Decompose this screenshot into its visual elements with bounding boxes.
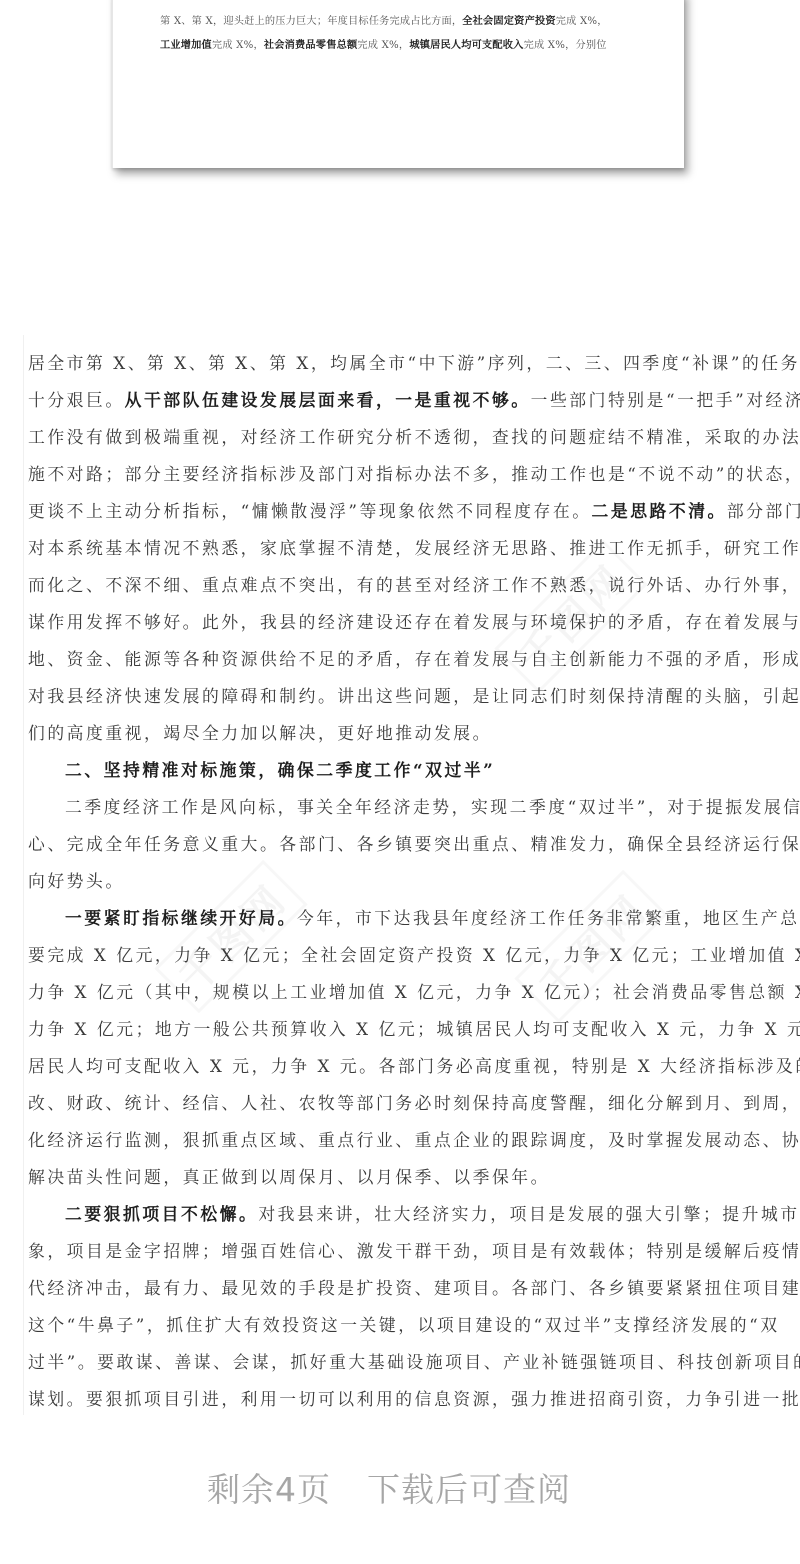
bold-lead-in: 从干部队伍建设发展层面来看，一是重视不够。 — [125, 390, 531, 410]
text-run: 部分部门 — [727, 501, 800, 521]
text-line: 要完成 X 亿元，力争 X 亿元；全社会固定资产投资 X 亿元，力争 X 亿元；… — [28, 937, 778, 974]
text-line: 居全市第 X、第 X、第 X、第 X，均属全市“中下游”序列，二、三、四季度“补… — [28, 345, 778, 382]
preview-text: 第 X、第 X，迎头赶上的压力巨大；年度目标任务完成占比方面， — [160, 16, 462, 27]
bold-lead-in: 二是思路不清。 — [592, 501, 727, 521]
remaining-pages-label: 剩余4页 — [207, 1470, 331, 1509]
preview-bold-text: 社会消费品零售总额 — [264, 39, 358, 51]
text-line: 力争 X 亿元（其中，规模以上工业增加值 X 亿元，力争 X 亿元）；社会消费品… — [28, 974, 778, 1011]
download-hint-label: 下载后可查阅 — [367, 1470, 571, 1509]
text-line: 一要紧盯指标继续开好局。今年，市下达我县年度经济工作任务非常繁重，地区生产总值 — [28, 900, 778, 937]
previous-page-preview: … 第 X、第 X，迎头赶上的压力巨大；年度目标任务完成占比方面，全社会固定资产… — [112, 0, 684, 168]
bold-lead-in: 一要紧盯指标继续开好局。 — [65, 908, 297, 928]
text-line: 二季度经济工作是风向标，事关全年经济走势，实现二季度“双过半”，对于提振发展信 — [28, 789, 778, 826]
text-line: 心、完成全年任务意义重大。各部门、各乡镇要突出重点、精准发力，确保全县经济运行保… — [28, 826, 778, 863]
preview-line: … — [160, 0, 170, 1]
preview-bold-text: 全社会固定资产投资 — [462, 15, 556, 27]
text-line: 代经济冲击，最有力、最见效的手段是扩投资、建项目。各部门、各乡镇要紧紧扭住项目建… — [28, 1270, 778, 1307]
text-line: 居民人均可支配收入 X 元，力争 X 元。各部门务必高度重视，特别是 X 大经济… — [28, 1048, 778, 1085]
preview-bold-text: 城镇居民人均可支配收入 — [409, 39, 523, 51]
preview-text: … — [160, 0, 170, 1]
preview-text: 完成 X%， — [357, 40, 409, 51]
preview-text: 完成 X%，分别位 — [524, 40, 607, 51]
text-line: 谋划。要狠抓项目引进，利用一切可以利用的信息资源，强力推进招商引资，力争引进一批… — [28, 1381, 778, 1418]
document-body: 居全市第 X、第 X、第 X、第 X，均属全市“中下游”序列，二、三、四季度“补… — [28, 345, 778, 1418]
text-line: 对本系统基本情况不熟悉，家底掌握不清楚，发展经济无思路、推进工作无抓手，研究工作… — [28, 530, 778, 567]
text-line: 谋作用发挥不够好。此外，我县的经济建设还存在着发展与环境保护的矛盾，存在着发展与… — [28, 604, 778, 641]
text-line: 改、财政、统计、经信、人社、农牧等部门务必时刻保持高度警醒，细化分解到月、到周，… — [28, 1085, 778, 1122]
text-line: 力争 X 亿元；地方一般公共预算收入 X 亿元；城镇居民人均可支配收入 X 元，… — [28, 1011, 778, 1048]
text-run: 一些部门特别是“一把手”对经济 — [531, 390, 800, 410]
text-line: 向好势头。 — [28, 863, 778, 900]
text-line: 施不对路；部分主要经济指标涉及部门对指标办法不多，推动工作也是“不说不动”的状态… — [28, 456, 778, 493]
text-line: 地、资金、能源等各种资源供给不足的矛盾，存在着发展与自主创新能力不强的矛盾，形成… — [28, 641, 778, 678]
text-line: 而化之、不深不细、重点难点不突出，有的甚至对经济工作不熟悉，说行外话、办行外事，… — [28, 567, 778, 604]
preview-text: 完成 X%， — [556, 16, 608, 27]
bold-lead-in: 二要狠抓项目不松懈。 — [65, 1204, 258, 1224]
text-line: 们的高度重视，竭尽全力加以解决，更好地推动发展。 — [28, 715, 778, 752]
text-line: 象，项目是金字招牌；增强百姓信心、激发干群干劲，项目是有效载体；特别是缓解后疫情… — [28, 1233, 778, 1270]
section-heading: 二、坚持精准对标施策，确保二季度工作“双过半” — [28, 752, 778, 789]
download-to-view-more-prompt[interactable]: 剩余4页下载后可查阅 — [0, 1464, 778, 1511]
text-line: 工作没有做到极端重视，对经济工作研究分析不透彻，查找的问题症结不精准，采取的办法… — [28, 419, 778, 456]
text-line: 二要狠抓项目不松懈。对我县来讲，壮大经济实力，项目是发展的强大引擎；提升城市形 — [28, 1196, 778, 1233]
text-line: 十分艰巨。从干部队伍建设发展层面来看，一是重视不够。一些部门特别是“一把手”对经… — [28, 382, 778, 419]
text-run: 更谈不上主动分析指标，“慵懒散漫浮”等现象依然不同程度存在。 — [28, 501, 592, 521]
preview-text: 完成 X%， — [212, 40, 264, 51]
text-run: 对我县来讲，壮大经济实力，项目是发展的强大引擎；提升城市形 — [258, 1204, 800, 1224]
text-line: 更谈不上主动分析指标，“慵懒散漫浮”等现象依然不同程度存在。二是思路不清。部分部… — [28, 493, 778, 530]
text-line: 对我县经济快速发展的障碍和制约。讲出这些问题，是让同志们时刻保持清醒的头脑，引起… — [28, 678, 778, 715]
document-page: 千图网 千图网 千图网 居全市第 X、第 X、第 X、第 X，均属全市“中下游”… — [23, 335, 800, 1415]
text-run: 今年，市下达我县年度经济工作任务非常繁重，地区生产总值 — [297, 908, 800, 928]
text-line: 化经济运行监测，狠抓重点区域、重点行业、重点企业的跟踪调度，及时掌握发展动态、协… — [28, 1122, 778, 1159]
text-line: 这个“牛鼻子”，抓住扩大有效投资这一关键，以项目建设的“双过半”支撑经济发展的“… — [28, 1307, 778, 1344]
preview-line: 工业增加值完成 X%，社会消费品零售总额完成 X%，城镇居民人均可支配收入完成 … — [160, 36, 607, 51]
text-line: 解决苗头性问题，真正做到以周保月、以月保季、以季保年。 — [28, 1159, 778, 1196]
preview-bold-text: 工业增加值 — [160, 39, 212, 51]
text-run: 十分艰巨。 — [28, 390, 125, 410]
preview-line: 第 X、第 X，迎头赶上的压力巨大；年度目标任务完成占比方面，全社会固定资产投资… — [160, 12, 608, 27]
text-line: 过半”。要敢谋、善谋、会谋，抓好重大基础设施项目、产业补链强链项目、科技创新项目… — [28, 1344, 778, 1381]
